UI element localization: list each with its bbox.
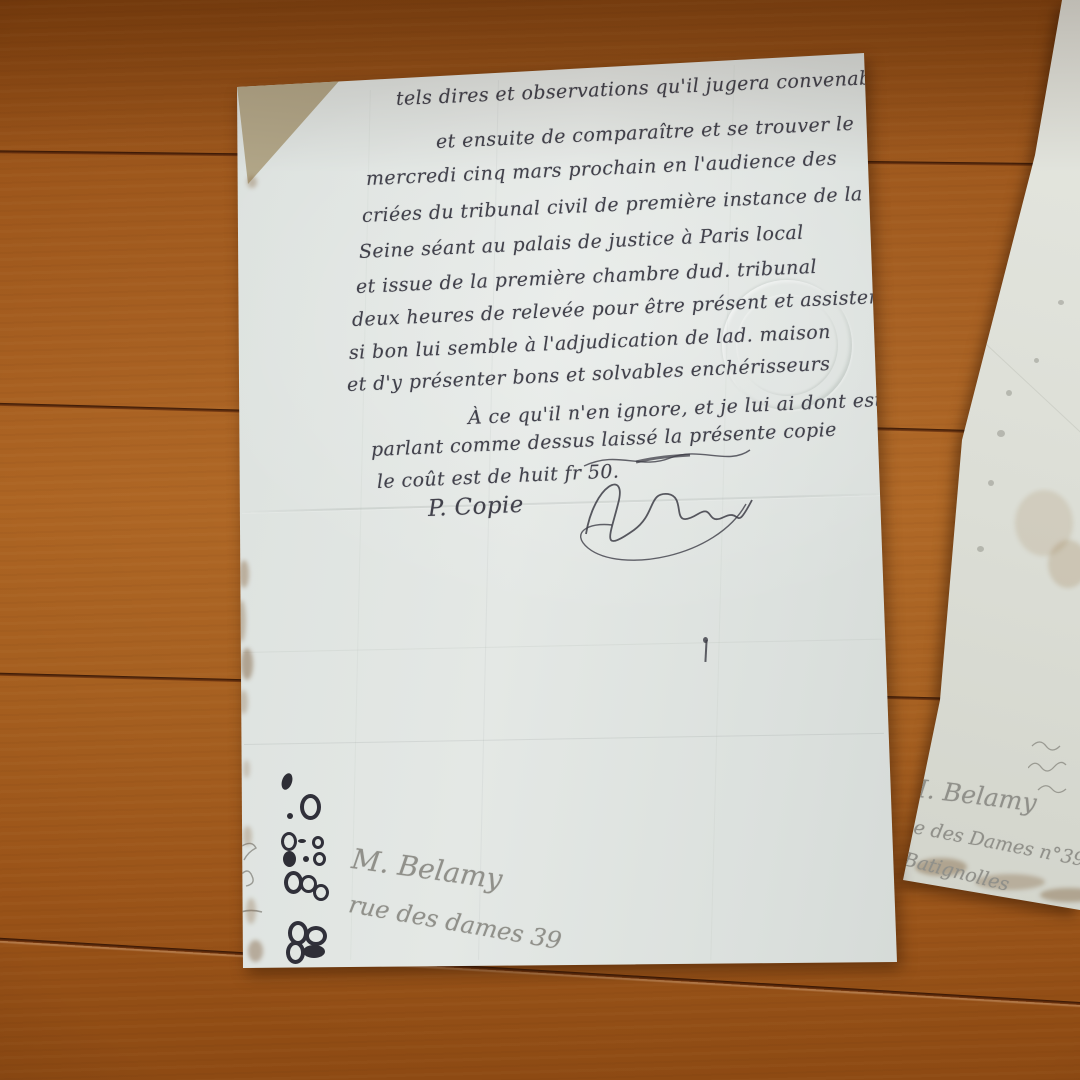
handwriting-line-2: et ensuite de comparaître et se trouver … — [436, 113, 855, 153]
handwriting-line-3: mercredi cinq mars prochain en l'audienc… — [366, 147, 838, 190]
edge-stain — [239, 690, 248, 714]
edge-stain — [237, 600, 246, 642]
ink-mark — [703, 637, 708, 643]
handwriting-line-1: tels dires et observations qu'il jugera … — [396, 66, 901, 110]
photo-of-document: M. Belamy rue des Dames n°39 Batignolles… — [0, 0, 1080, 1080]
ink-blot — [300, 794, 321, 820]
ink-blot — [280, 772, 295, 791]
main-document: tels dires et observations qu'il jugera … — [0, 0, 1080, 1080]
edge-stain — [243, 826, 252, 846]
edge-stain — [239, 560, 249, 588]
edge-stain — [241, 648, 253, 680]
edge-stain — [248, 940, 263, 962]
copy-label: P. Copie — [427, 492, 524, 522]
edge-stain — [247, 176, 257, 188]
fold-crease — [243, 639, 883, 653]
ink-blot — [281, 832, 297, 851]
pencil-note-line2: rue des dames 39 — [347, 890, 564, 955]
ink-blot — [312, 836, 324, 849]
ink-blot — [313, 884, 329, 901]
ink-blot — [313, 852, 326, 866]
fold-crease — [244, 733, 884, 745]
edge-stain — [246, 898, 256, 924]
handwriting-line-5: Seine séant au palais de justice à Paris… — [359, 222, 805, 263]
ink-mark — [704, 640, 707, 662]
signature-flourish — [556, 462, 766, 577]
main-document-wrapper: tels dires et observations qu'il jugera … — [0, 0, 1080, 1080]
ink-blot — [283, 851, 296, 867]
edge-stain — [243, 760, 250, 778]
ink-blot — [303, 856, 309, 862]
ink-blot — [287, 813, 293, 819]
handwriting-line-4: criées du tribunal civil de première ins… — [362, 183, 864, 227]
ink-blot — [303, 945, 325, 958]
ink-blot — [305, 926, 327, 946]
ink-blot — [298, 839, 306, 843]
